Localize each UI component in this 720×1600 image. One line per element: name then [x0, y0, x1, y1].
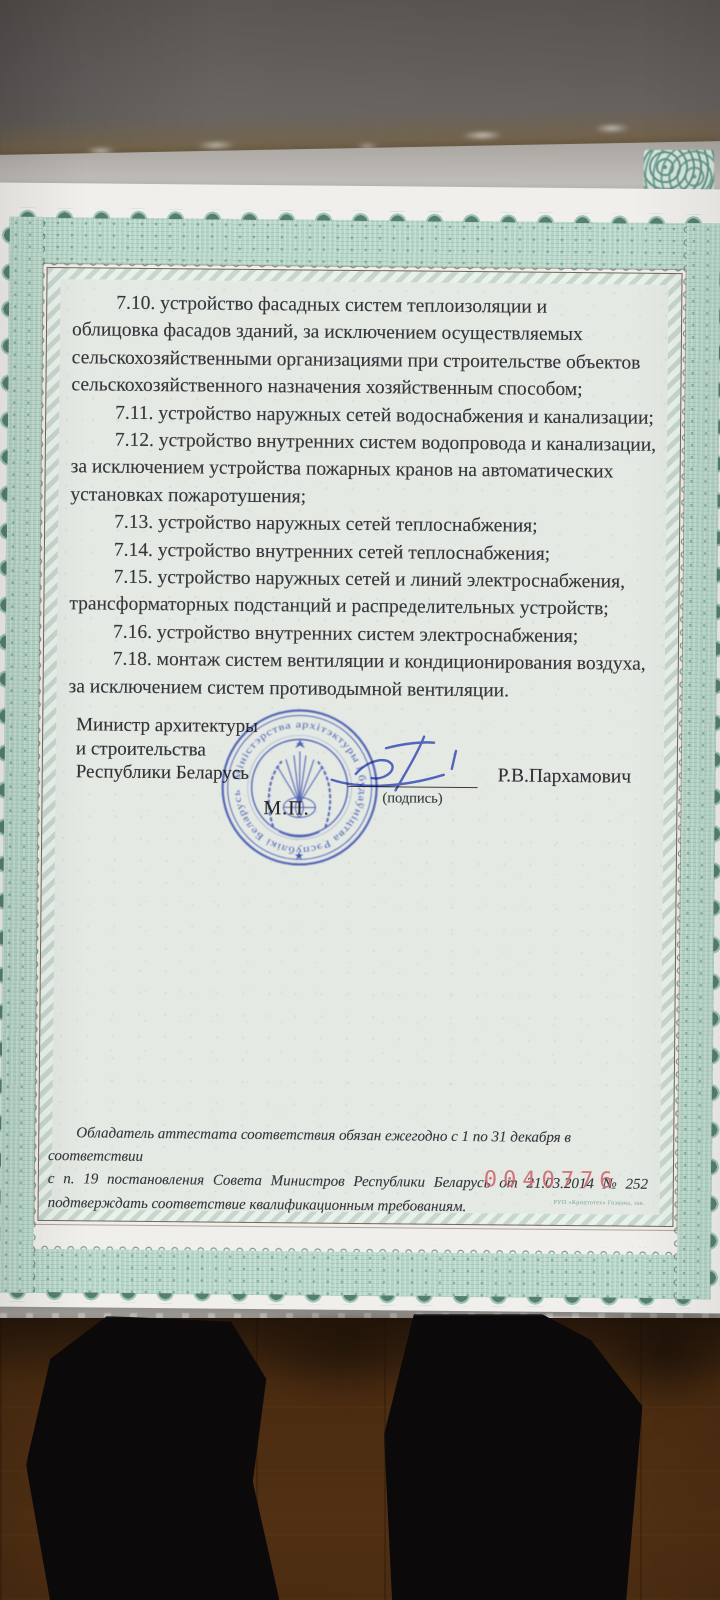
seal-mark: М.П. — [263, 797, 309, 820]
certificate-page: 7.10. устройство фасадных систем теплоиз… — [0, 182, 720, 1313]
clause-7-10: 7.10. устройство фасадных систем теплоиз… — [71, 289, 674, 404]
handwritten-signature — [326, 734, 487, 796]
footer-note-line: Обладатель аттестата соответствия обязан… — [48, 1122, 666, 1174]
signatory-name: Р.В.Пархамович — [498, 765, 632, 788]
guilloche-border-right — [677, 223, 720, 1299]
clause-7-18: 7.18. монтаж систем вентиляции и кондици… — [68, 645, 670, 706]
clause-7-12: 7.12. устройство внутренних систем водоп… — [70, 426, 673, 514]
guilloche-border-bottom — [0, 1249, 711, 1300]
guilloche-border-left — [0, 217, 43, 1293]
serial-number: 0040776 — [484, 1167, 619, 1193]
guilloche-border-top — [9, 217, 720, 270]
stamp-star-icon: ★ — [294, 850, 304, 862]
clause-7-15: 7.15. устройство наружных сетей и линий … — [69, 563, 671, 624]
print-imprint: РУП «Криптотех» Гознака, зак. — [554, 1200, 646, 1207]
clause-list: 7.10. устройство фасадных систем теплоиз… — [68, 289, 674, 706]
background-certificate-corner — [644, 150, 714, 193]
